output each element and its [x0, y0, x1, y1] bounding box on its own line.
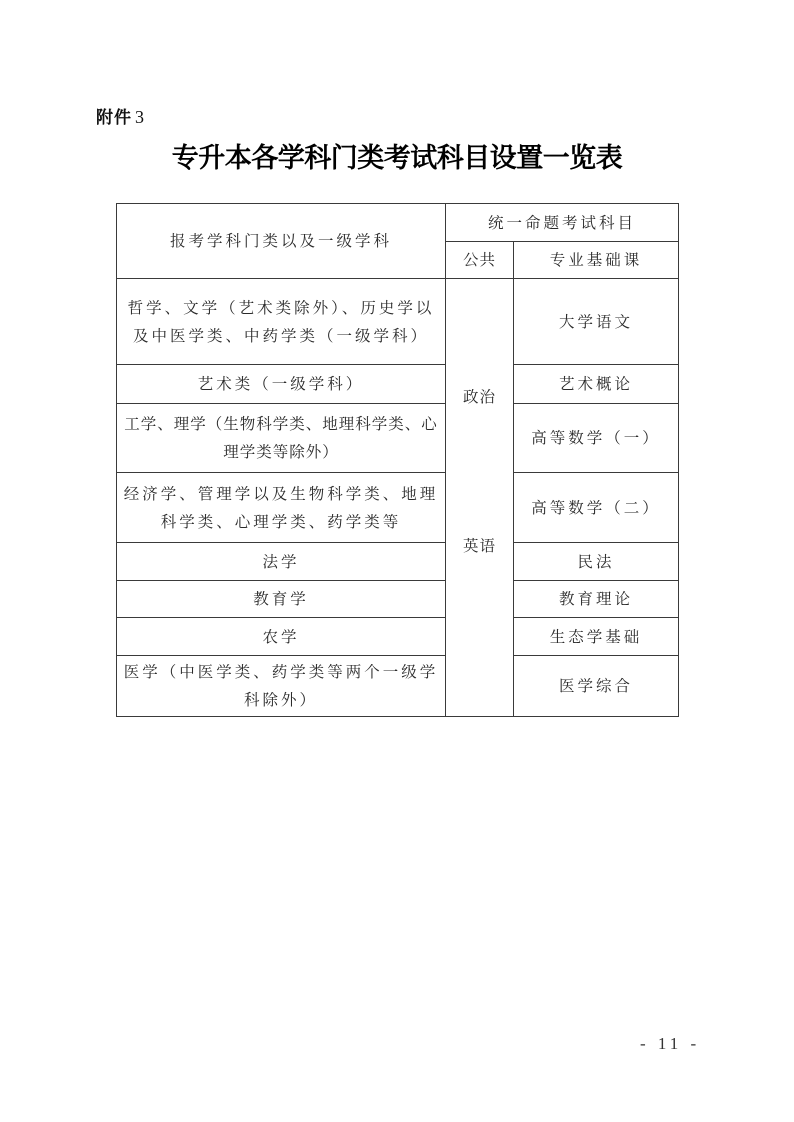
table-row: 工学、理学（生物科学类、地理科学类、心理学类等除外） 高等数学（一） [117, 404, 679, 473]
public-subject-politics: 政治 [446, 383, 513, 411]
table-row: 农学 生态学基础 [117, 618, 679, 656]
page-number: - 11 - [640, 1034, 700, 1054]
category-cell: 法学 [117, 543, 446, 581]
major-course-cell: 民法 [514, 543, 679, 581]
major-course-cell: 医学综合 [514, 656, 679, 717]
header-public: 公共 [446, 242, 514, 279]
major-course-cell: 高等数学（一） [514, 404, 679, 473]
category-cell: 农学 [117, 618, 446, 656]
category-cell: 哲学、文学（艺术类除外）、历史学以及中医学类、中药学类（一级学科） [117, 279, 446, 365]
major-course-cell: 艺术概论 [514, 365, 679, 404]
major-course-cell: 教育理论 [514, 581, 679, 618]
header-major-course: 专业基础课 [514, 242, 679, 279]
exam-subjects-table: 报考学科门类以及一级学科 统一命题考试科目 公共 专业基础课 哲学、文学（艺术类… [116, 203, 679, 717]
table-row: 医学（中医学类、药学类等两个一级学科除外） 医学综合 [117, 656, 679, 717]
table-row: 哲学、文学（艺术类除外）、历史学以及中医学类、中药学类（一级学科） 政治 英语 … [117, 279, 679, 365]
table-row: 法学 民法 [117, 543, 679, 581]
major-course-cell: 生态学基础 [514, 618, 679, 656]
header-row-1: 报考学科门类以及一级学科 统一命题考试科目 [117, 204, 679, 242]
category-cell: 医学（中医学类、药学类等两个一级学科除外） [117, 656, 446, 717]
header-unified-exam: 统一命题考试科目 [446, 204, 679, 242]
table-row: 经济学、管理学以及生物科学类、地理科学类、心理学类、药学类等 高等数学（二） [117, 473, 679, 543]
attachment-label: 附件3 [96, 103, 145, 128]
category-cell: 经济学、管理学以及生物科学类、地理科学类、心理学类、药学类等 [117, 473, 446, 543]
major-course-cell: 高等数学（二） [514, 473, 679, 543]
attachment-number: 3 [135, 107, 145, 127]
category-cell: 工学、理学（生物科学类、地理科学类、心理学类等除外） [117, 404, 446, 473]
table-row: 教育学 教育理论 [117, 581, 679, 618]
header-category: 报考学科门类以及一级学科 [117, 204, 446, 279]
public-subject-english: 英语 [446, 532, 513, 560]
category-cell: 教育学 [117, 581, 446, 618]
public-subjects-cell: 政治 英语 [446, 279, 514, 717]
attachment-text: 附件 [96, 108, 132, 128]
category-cell: 艺术类（一级学科） [117, 365, 446, 404]
document-title: 专升本各学科门类考试科目设置一览表 [0, 136, 794, 175]
major-course-cell: 大学语文 [514, 279, 679, 365]
table-row: 艺术类（一级学科） 艺术概论 [117, 365, 679, 404]
